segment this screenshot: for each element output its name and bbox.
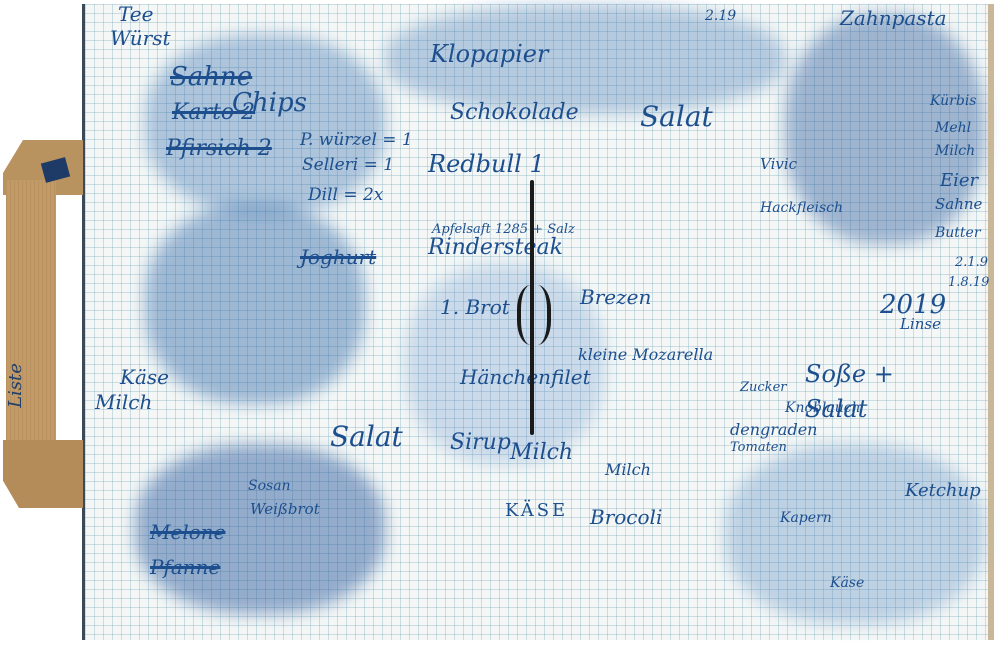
handwriting: 1.8.19 (948, 275, 989, 290)
page-edge (988, 4, 994, 640)
handwriting: Melone (150, 520, 225, 544)
handwriting: Hänchenfilet (460, 365, 591, 389)
handwriting: Tomaten (730, 440, 787, 455)
handwriting: Milch (935, 143, 975, 159)
handwriting: 2019 (880, 290, 946, 320)
handwriting: Kürbis (930, 93, 976, 109)
handwriting: P. würzel = 1 (300, 130, 413, 150)
handwriting: 2.19 (705, 8, 736, 24)
handwriting: Karto 2 (172, 100, 255, 125)
handwriting: Milch (95, 390, 152, 414)
handwriting: Eier (940, 170, 978, 191)
handwriting: 2.1.9 (955, 255, 988, 270)
handwriting: Soße + (805, 360, 894, 388)
tab-window (56, 203, 80, 469)
handwriting: Rindersteak (428, 235, 563, 260)
handwriting: Sosan (248, 478, 291, 494)
notebook-photo: Tee Würst Sahne Chips Karto 2 Pfirsich 2… (0, 0, 1000, 645)
handwriting: Zucker (740, 380, 786, 395)
handwriting: Würst (110, 26, 171, 50)
handwriting: Mehl (935, 120, 971, 136)
handwriting: Pfanne (150, 555, 220, 579)
handwriting: Klopapier (430, 40, 548, 68)
handwriting: Sahne (935, 195, 982, 213)
handwriting: kleine Mozarella (578, 345, 713, 364)
handwriting: Hackfleisch (760, 200, 843, 216)
handwriting: Sirup (450, 430, 511, 455)
handwriting: Knoblauch (785, 400, 861, 416)
handwriting: Butter (935, 225, 981, 241)
handwriting: Tee (118, 2, 153, 26)
handwriting: Redbull 1 (428, 150, 545, 178)
handwriting: Salat (330, 420, 403, 453)
cardboard-tab: Liste (3, 140, 83, 508)
tab-handwriting: Liste (5, 363, 26, 408)
handwriting: Brocoli (590, 505, 662, 529)
handwriting: Käse (830, 575, 864, 591)
handwriting: Weißbrot (250, 500, 320, 518)
tab-side (6, 180, 56, 470)
handwriting: Dill = 2x (308, 185, 383, 205)
handwriting: Kapern (780, 510, 832, 526)
handwriting: Zahnpasta (840, 6, 947, 30)
handwriting: Schokolade (450, 100, 579, 125)
ink-stain (145, 204, 365, 404)
handwriting: KÄSE (505, 500, 568, 521)
handwriting: Milch (605, 460, 651, 479)
ink-stain (725, 444, 985, 624)
handwriting: Selleri = 1 (302, 155, 394, 175)
handwriting: Ketchup (905, 480, 981, 501)
handwriting: Milch (510, 440, 573, 465)
handwriting: dengraden (730, 420, 817, 439)
tab-bottom-fold (3, 440, 83, 508)
handwriting: Salat (640, 100, 713, 133)
thread-knot (517, 285, 551, 345)
handwriting: Vivic (760, 155, 797, 173)
handwriting: Brezen (580, 285, 651, 309)
handwriting: Käse (120, 365, 169, 389)
handwriting: Pfirsich 2 (166, 136, 272, 161)
handwriting: Apfelsaft 1285 + Salz (432, 222, 575, 237)
handwriting: 1. Brot (440, 295, 510, 319)
handwriting: Joghurt (300, 245, 376, 269)
